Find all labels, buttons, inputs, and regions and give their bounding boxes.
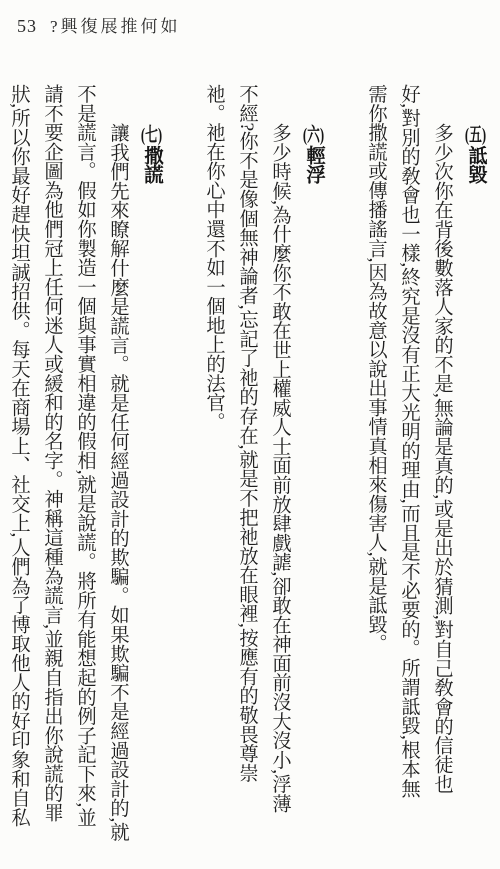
running-head: 53?興復展推何如: [17, 13, 181, 40]
text-column: 多少時候,為什麼你不敢在世上權威人士面前放肆戲謔,卻敢在神面前沒大沒小,浮薄: [263, 84, 296, 856]
section-number: (六): [303, 126, 324, 145]
section-heading: (六)輕浮: [296, 84, 331, 856]
section-number: (七): [141, 126, 162, 145]
section-number: (五): [465, 126, 486, 145]
text-column: 請不要企圖為他們冠上任何迷人或緩和的名字。神稱這種為謊言,並親自指出你說謊的罪: [35, 84, 68, 856]
text-column: 不經?你不是像個無神論者,忘記了祂的存在,就是不把祂放在眼裡,按應有的敬畏尊崇: [230, 84, 263, 856]
section-title: 撒謊: [141, 146, 162, 185]
section-5-slander: (五)詆毀 多少次你在背後數落人家的不是,無論是真的,或是出於猜測,對自己敎會的…: [359, 84, 493, 856]
text-column: 祂。祂在你心中還不如一個地上的法官。: [197, 84, 230, 856]
section-heading: (七)撒謊: [134, 84, 169, 856]
page-body: (五)詆毀 多少次你在背後數落人家的不是,無論是真的,或是出於猜測,對自己敎會的…: [2, 84, 493, 856]
section-title: 輕浮: [303, 146, 324, 185]
section-heading: (五)詆毀: [458, 84, 493, 856]
running-title: ?興復展推何如: [50, 14, 181, 40]
text-column: 需你撒謊或傳播謠言,因為故意以說出事情真相來傷害人,就是詆毀。: [359, 84, 392, 856]
text-column: 狀,所以你最好趕快坦誠招供。每天在商場上、社交上,人們為了博取他人的好印象和自私: [2, 84, 35, 856]
section-7-lying: (七)撒謊 讓我們先來瞭解什麼是謊言。就是任何經過設計的欺騙。如果欺騙不是經過設…: [2, 84, 169, 856]
section-6-flippancy: (六)輕浮 多少時候,為什麼你不敢在世上權威人士面前放肆戲謔,卻敢在神面前沒大沒…: [197, 84, 331, 856]
section-title: 詆毀: [465, 146, 486, 185]
text-column: 不是謊言。假如你製造一個與事實相違的假相,就是說謊。將所有能想起的例子記下來,並: [68, 84, 101, 856]
book-page: 53?興復展推何如 (五)詆毀 多少次你在背後數落人家的不是,無論是真的,或是出…: [0, 0, 500, 869]
text-column: 多少次你在背後數落人家的不是,無論是真的,或是出於猜測,對自己敎會的信徒也: [425, 84, 458, 856]
text-column: 好,對別的敎會也一樣,終究是沒有正大光明的理由,而且是不必要的。所謂詆毀,根本無: [392, 84, 425, 856]
text-column: 讓我們先來瞭解什麼是謊言。就是任何經過設計的欺騙。如果欺騙不是經過設計的,就: [101, 84, 134, 856]
page-number: 53: [17, 13, 37, 39]
